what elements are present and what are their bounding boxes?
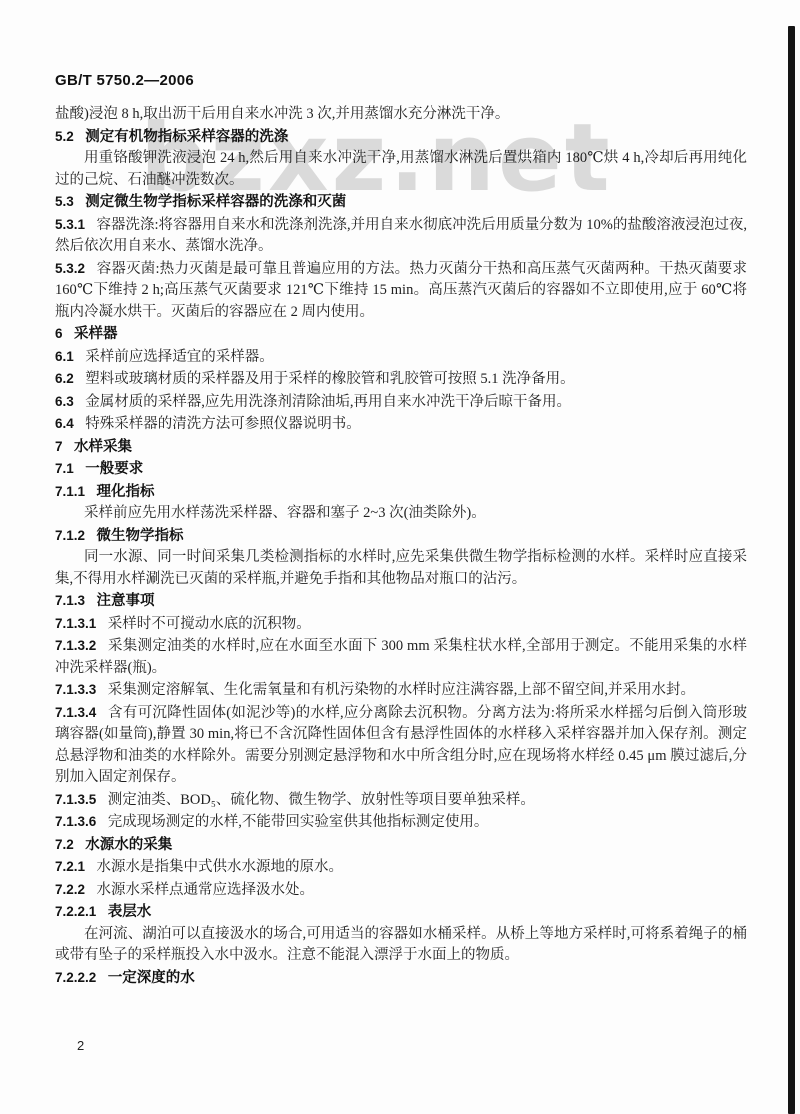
clause-text: 采集测定油类的水样时,应在水面至水面下 300 mm 采集柱状水样,全部用于测定… (55, 638, 747, 676)
section-heading: 7.1一般要求 (55, 458, 747, 481)
clause-number: 7.1.1 (55, 484, 85, 499)
clause-number: 7.1.3.1 (55, 616, 96, 631)
clause-number: 7 (55, 439, 63, 454)
clause: 6.3金属材质的采样器,应先用洗涤剂清除油垢,再用自来水冲洗干净后晾干备用。 (55, 391, 747, 414)
clause: 7.1.3.3采集测定溶解氧、生化需氧量和有机污染物的水样时应注满容器,上部不留… (55, 679, 747, 702)
clause-text: 采样前应选择适宜的采样器。 (85, 349, 274, 365)
clause-number: 7.2 (55, 837, 74, 852)
clause: 7.2.2水源水采样点通常应选择汲水处。 (55, 879, 747, 902)
clause-number: 6.3 (55, 394, 74, 409)
clause: 7.1.3.4含有可沉降性固体(如泥沙等)的水样,应分离除去沉积物。分离方法为:… (55, 702, 747, 789)
clause-number: 7.1.3 (55, 593, 85, 608)
clause-text: 水源水是指集中式供水水源地的原水。 (97, 859, 344, 875)
clause-number: 7.1.3.4 (55, 705, 96, 720)
section-heading: 5.3测定微生物学指标采样容器的洗涤和灭菌 (55, 191, 747, 214)
subsection-heading: 7.2.2.1表层水 (55, 901, 747, 924)
subsection-heading: 7.1.2微生物学指标 (55, 525, 747, 548)
clause-text: 测定油类、BOD₅、硫化物、微生物学、放射性等项目要单独采样。 (108, 792, 535, 808)
subsection-heading: 7.1.3注意事项 (55, 590, 747, 613)
clause-number: 7.1.3.6 (55, 814, 96, 829)
section-heading: 7.2水源水的采集 (55, 834, 747, 857)
clause-number: 7.2.1 (55, 859, 85, 874)
paragraph: 在河流、湖泊可以直接汲水的场合,可用适当的容器如水桶采样。从桥上等地方采样时,可… (55, 924, 747, 967)
section-heading: 5.2测定有机物指标采样容器的洗涤 (55, 126, 747, 149)
clause-number: 6 (55, 326, 63, 341)
clause-number: 6.4 (55, 416, 74, 431)
paragraph: 盐酸)浸泡 8 h,取出沥干后用自来水冲洗 3 次,并用蒸馏水充分淋洗干净。 (55, 104, 747, 126)
heading-title: 测定微生物学指标采样容器的洗涤和灭菌 (85, 194, 346, 210)
clause-number: 7.1.3.3 (55, 682, 96, 697)
clause-number: 7.1 (55, 461, 74, 476)
heading-title: 表层水 (108, 904, 152, 920)
heading-title: 注意事项 (97, 593, 155, 609)
clause-number: 5.3.2 (55, 261, 85, 276)
clause-number: 7.2.2.2 (55, 970, 96, 985)
subsection-heading: 7.2.2.2一定深度的水 (55, 967, 747, 990)
subsection-heading: 7.1.1理化指标 (55, 481, 747, 504)
clause: 7.2.1水源水是指集中式供水水源地的原水。 (55, 856, 747, 879)
heading-title: 理化指标 (97, 484, 155, 500)
clause-text: 含有可沉降性固体(如泥沙等)的水样,应分离除去沉积物。分离方法为:将所采水样摇匀… (55, 705, 747, 786)
clause: 7.1.3.6完成现场测定的水样,不能带回实验室供其他指标测定使用。 (55, 811, 747, 834)
clause: 7.1.3.1采样时不可搅动水底的沉积物。 (55, 613, 747, 636)
heading-title: 采样器 (74, 326, 118, 342)
clause-number: 7.2.2.1 (55, 904, 96, 919)
paragraph: 用重铬酸钾洗液浸泡 24 h,然后用自来水冲洗干净,用蒸馏水淋洗后置烘箱内 18… (55, 148, 747, 191)
clause: 5.3.2容器灭菌:热力灭菌是最可靠且普遍应用的方法。热力灭菌分干热和高压蒸气灭… (55, 258, 747, 324)
clause-text: 特殊采样器的清洗方法可参照仪器说明书。 (85, 416, 361, 432)
clause-number: 6.2 (55, 371, 74, 386)
clause-text: 水源水采样点通常应选择汲水处。 (97, 882, 315, 898)
chapter-heading: 7水样采集 (55, 436, 747, 459)
clause-text: 金属材质的采样器,应先用洗涤剂清除油垢,再用自来水冲洗干净后晾干备用。 (85, 394, 571, 410)
clause-text: 完成现场测定的水样,不能带回实验室供其他指标测定使用。 (108, 814, 489, 830)
clause-text: 容器灭菌:热力灭菌是最可靠且普遍应用的方法。热力灭菌分干热和高压蒸气灭菌两种。干… (55, 261, 747, 320)
clause-number: 7.2.2 (55, 882, 85, 897)
chapter-heading: 6采样器 (55, 323, 747, 346)
clause: 7.1.3.2采集测定油类的水样时,应在水面至水面下 300 mm 采集柱状水样… (55, 635, 747, 679)
paragraph: 同一水源、同一时间采集几类检测指标的水样时,应先采集供微生物学指标检测的水样。采… (55, 547, 747, 590)
clause: 6.1采样前应选择适宜的采样器。 (55, 346, 747, 369)
clause: 7.1.3.5测定油类、BOD₅、硫化物、微生物学、放射性等项目要单独采样。 (55, 789, 747, 812)
heading-title: 一般要求 (85, 461, 143, 477)
scanned-document-page: bzxz.net GB/T 5750.2—2006 盐酸)浸泡 8 h,取出沥干… (0, 0, 800, 1114)
clause-number: 6.1 (55, 349, 74, 364)
heading-title: 一定深度的水 (108, 970, 195, 986)
clause-number: 5.3.1 (55, 217, 85, 232)
heading-title: 水源水的采集 (85, 837, 172, 853)
heading-title: 测定有机物指标采样容器的洗涤 (85, 129, 288, 145)
clause: 6.4特殊采样器的清洗方法可参照仪器说明书。 (55, 413, 747, 436)
clause-number: 5.3 (55, 194, 74, 209)
clause: 5.3.1容器洗涤:将容器用自来水和洗涤剂洗涤,并用自来水彻底冲洗后用质量分数为… (55, 214, 747, 258)
clause-text: 塑料或玻璃材质的采样器及用于采样的橡胶管和乳胶管可按照 5.1 洗净备用。 (85, 371, 574, 387)
clause-text: 采集测定溶解氧、生化需氧量和有机污染物的水样时应注满容器,上部不留空间,并采用水… (108, 682, 695, 698)
paragraph: 采样前应先用水样荡洗采样器、容器和塞子 2~3 次(油类除外)。 (55, 503, 747, 525)
clause: 6.2塑料或玻璃材质的采样器及用于采样的橡胶管和乳胶管可按照 5.1 洗净备用。 (55, 368, 747, 391)
clause-number: 5.2 (55, 129, 74, 144)
document-body: 盐酸)浸泡 8 h,取出沥干后用自来水冲洗 3 次,并用蒸馏水充分淋洗干净。5.… (55, 104, 747, 989)
page-number: 2 (77, 1038, 84, 1053)
heading-title: 微生物学指标 (97, 528, 184, 544)
heading-title: 水样采集 (74, 439, 132, 455)
clause-text: 采样时不可搅动水底的沉积物。 (108, 616, 311, 632)
clause-number: 7.1.3.5 (55, 792, 96, 807)
standard-number: GB/T 5750.2—2006 (55, 72, 194, 89)
scan-edge-line (788, 26, 795, 1114)
clause-text: 容器洗涤:将容器用自来水和洗涤剂洗涤,并用自来水彻底冲洗后用质量分数为 10%的… (55, 217, 747, 255)
clause-number: 7.1.2 (55, 528, 85, 543)
clause-number: 7.1.3.2 (55, 638, 96, 653)
